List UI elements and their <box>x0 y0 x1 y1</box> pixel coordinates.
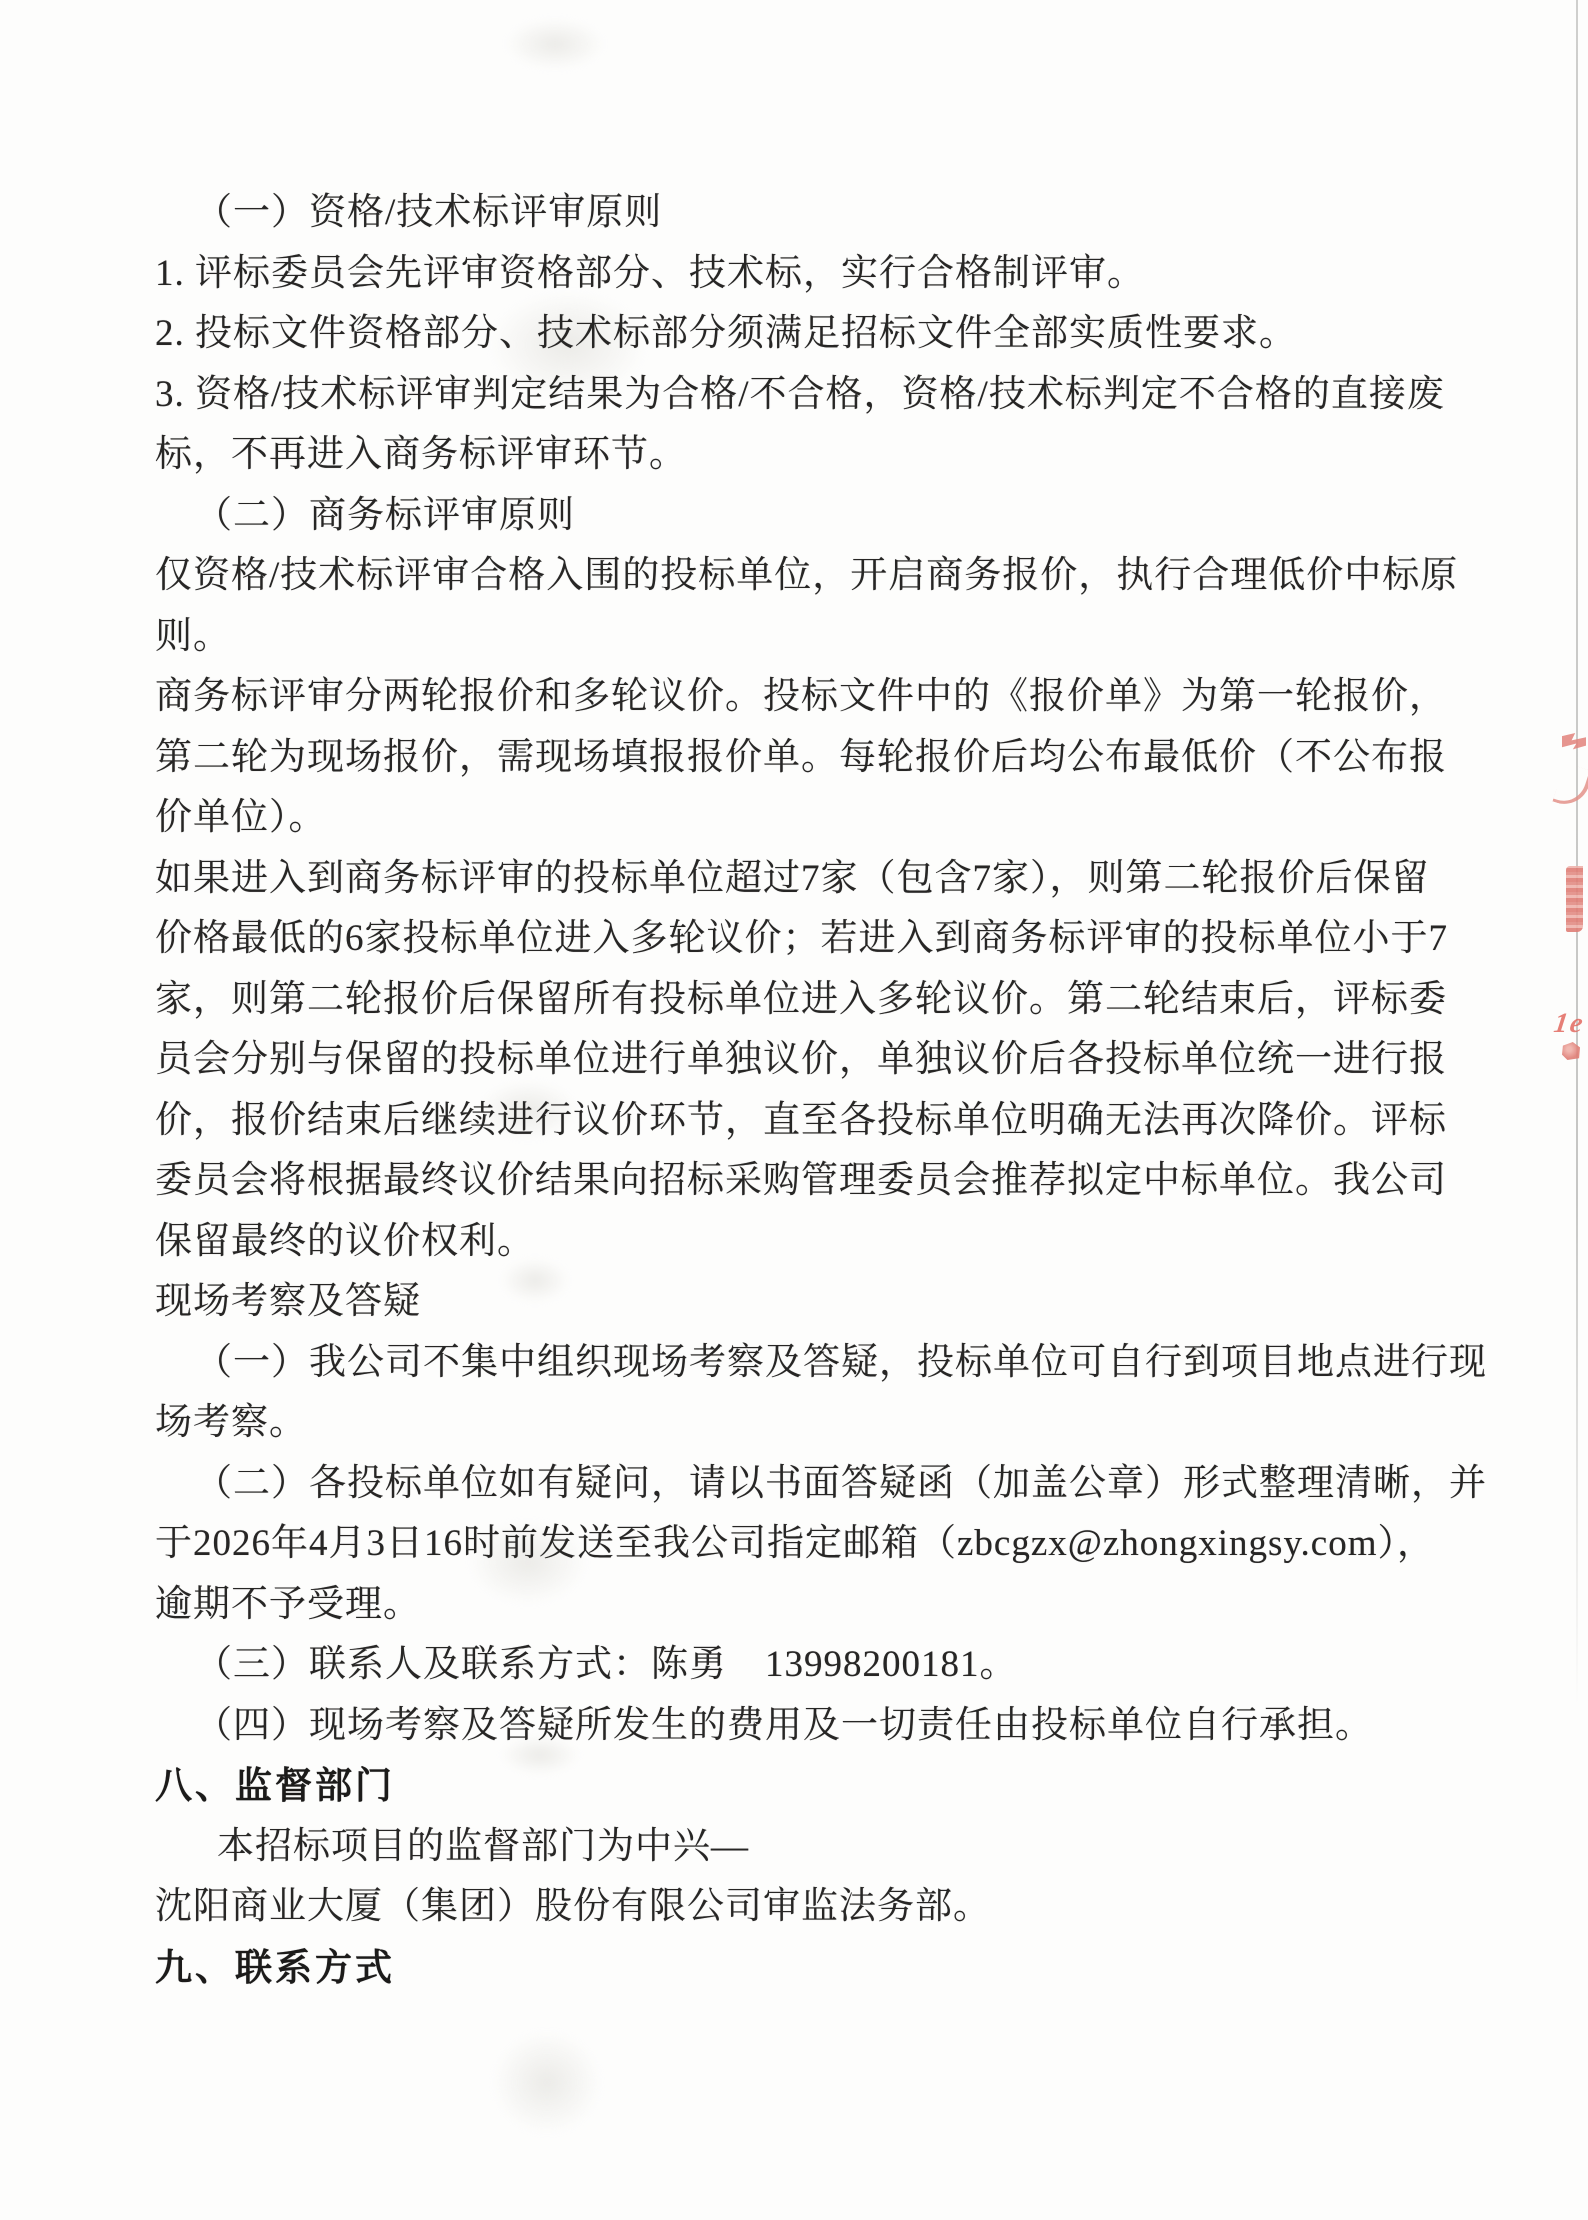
document-page: （一）资格/技术标评审原则1. 评标委员会先评审资格部分、技术标，实行合格制评审… <box>0 0 1588 2220</box>
bleedthrough-smudge <box>492 2030 602 2135</box>
document-line: 场考察。 <box>155 1400 307 1446</box>
document-line: 委员会将根据最终议价结果向招标采购管理委员会推荐拟定中标单位。我公司 <box>155 1158 1447 1204</box>
document-line: 逾期不予受理。 <box>155 1582 421 1628</box>
document-line: 仅资格/技术标评审合格入围的投标单位，开启商务报价，执行合理低价中标原 <box>155 553 1458 599</box>
document-line: 价，报价结束后继续进行议价环节，直至各投标单位明确无法再次降价。评标 <box>155 1098 1447 1144</box>
document-line: 标，不再进入商务标评审环节。 <box>155 432 687 478</box>
bleedthrough-smudge <box>505 18 605 70</box>
document-line: 3. 资格/技术标评审判定结果为合格/不合格，资格/技术标判定不合格的直接废 <box>155 372 1445 418</box>
document-line: 本招标项目的监督部门为中兴— <box>217 1824 749 1870</box>
document-line: 家，则第二轮报价后保留所有投标单位进入多轮议价。第二轮结束后，评标委 <box>155 977 1447 1023</box>
document-line: （二）各投标单位如有疑问，请以书面答疑函（加盖公章）形式整理清晰，并 <box>195 1461 1487 1507</box>
document-line: （四）现场考察及答疑所发生的费用及一切责任由投标单位自行承担。 <box>195 1703 1373 1749</box>
red-edge-text: 1e <box>1552 1008 1587 1040</box>
document-line: （三）联系人及联系方式：陈勇 13998200181。 <box>195 1642 1018 1688</box>
scan-edge-line <box>1576 0 1578 1706</box>
document-line: 1. 评标委员会先评审资格部分、技术标，实行合格制评审。 <box>155 251 1145 297</box>
red-seal-strip <box>1566 866 1583 932</box>
document-line: 如果进入到商务标评审的投标单位超过7家（包含7家），则第二轮报价后保留 <box>155 856 1430 902</box>
document-line: 现场考察及答疑 <box>155 1279 421 1325</box>
document-line: 九、联系方式 <box>155 1945 395 1991</box>
document-line: （一）我公司不集中组织现场考察及答疑，投标单位可自行到项目地点进行现 <box>195 1340 1487 1386</box>
document-line: 价单位）。 <box>155 795 327 841</box>
red-seal-fragment <box>1562 733 1586 754</box>
document-line: 第二轮为现场报价，需现场填报报价单。每轮报价后均公布最低价（不公布报 <box>155 735 1447 781</box>
document-line: 沈阳商业大厦（集团）股份有限公司审监法务部。 <box>155 1884 991 1930</box>
document-line: 员会分别与保留的投标单位进行单独议价，单独议价后各投标单位统一进行报 <box>155 1037 1447 1083</box>
document-line: 商务标评审分两轮报价和多轮议价。投标文件中的《报价单》为第一轮报价， <box>155 674 1447 720</box>
document-line: 价格最低的6家投标单位进入多轮议价；若进入到商务标评审的投标单位小于7 <box>155 916 1448 962</box>
document-line: 则。 <box>155 614 231 660</box>
document-line: 于2026年4月3日16时前发送至我公司指定邮箱（zbcgzx@zhongxin… <box>155 1521 1435 1567</box>
document-line: 保留最终的议价权利。 <box>155 1219 535 1265</box>
document-line: 八、监督部门 <box>155 1763 395 1809</box>
document-line: （二）商务标评审原则 <box>195 493 575 539</box>
document-line: 2. 投标文件资格部分、技术标部分须满足招标文件全部实质性要求。 <box>155 311 1297 357</box>
document-line: （一）资格/技术标评审原则 <box>195 190 662 236</box>
red-seal-stroke <box>1552 762 1588 810</box>
